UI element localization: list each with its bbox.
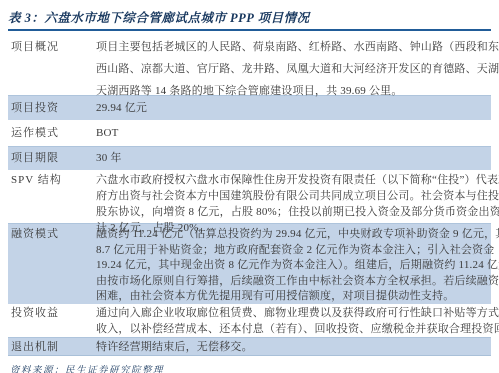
content-line: 股东协议，向增资 8 亿元，占股 80%；住投以前期已投入资金及部分货币资金出资… — [96, 204, 499, 220]
table-row-project-overview: 项目概况 项目主要包括老城区的人民路、荷泉南路、红桥路、水西南路、钟山路（西段和… — [8, 31, 491, 95]
data-source-note: 资料来源：民生证券研究院整理 — [8, 362, 491, 373]
content-line: 困难，由社会资本方优先提用现有可用授信额度，对项目提供动性支持。 — [96, 289, 499, 305]
content-line: 30 年 — [96, 147, 491, 170]
content-line: 六盘水市政府授权六盘水市保障性住房开发投资有限责任（以下简称“住投”）代表政 — [96, 172, 499, 188]
content-line: 通过向入廊企业收取廊位租赁费、廊物业理费以及获得政府可行性缺口补贴等方式取得 — [96, 305, 499, 321]
ppp-project-table: 项目概况 项目主要包括老城区的人民路、荷泉南路、红桥路、水西南路、钟山路（西段和… — [8, 31, 491, 356]
row-label: 退出机制 — [8, 338, 96, 356]
table-row-project-investment: 项目投资 29.94 亿元 — [8, 95, 491, 120]
row-content: 特许经营期结束后，无偿移交。 — [96, 338, 491, 356]
content-line: 29.94 亿元 — [96, 96, 491, 120]
content-line: 融资约 11.24 亿元（估算总投资约为 29.94 亿元，中央财政专项补助资金… — [96, 227, 499, 243]
content-line: 收入，以补偿经营成本、还本付息（若有）、回收投资、应缴税金并获取合理投资回报。 — [96, 321, 499, 337]
report-table-figure: 表 3：六盘水市地下综合管廊试点城市 PPP 项目情况 项目概况 项目主要包括老… — [0, 0, 499, 373]
table-title: 表 3：六盘水市地下综合管廊试点城市 PPP 项目情况 — [8, 10, 491, 26]
row-label: 投资收益 — [8, 305, 96, 321]
table-row-financing-mode: 融资模式 融资约 11.24 亿元（估算总投资约为 29.94 亿元，中央财政专… — [8, 223, 491, 304]
table-row-investment-returns: 投资收益 通过向入廊企业收取廊位租赁费、廊物业理费以及获得政府可行性缺口补贴等方… — [8, 304, 491, 337]
row-label: 项目投资 — [8, 96, 96, 120]
content-line: 19.24 亿元，其中现金出资 8 亿元作为资本金注入）。组建后，后期融资约 1… — [96, 258, 499, 274]
row-label: 项目概况 — [8, 36, 96, 58]
content-line: 项目主要包括老城区的人民路、荷泉南路、红桥路、水西南路、钟山路（西段和东段）、 — [96, 36, 499, 58]
content-line: 府方出资与社会资本方中国建筑股份有限公司共同成立项目公司。社会资本与住投签订 — [96, 188, 499, 204]
row-label: SPV 结构 — [8, 172, 96, 188]
row-content: 项目主要包括老城区的人民路、荷泉南路、红桥路、水西南路、钟山路（西段和东段）、 … — [96, 36, 499, 102]
row-content: 通过向入廊企业收取廊位租赁费、廊物业理费以及获得政府可行性缺口补贴等方式取得 收… — [96, 305, 499, 337]
content-line: 西山路、凉都大道、官厅路、龙井路、凤凰大道和大河经济开发区的育德路、天湖路、 — [96, 58, 499, 80]
content-line: 特许经营期结束后，无偿移交。 — [96, 338, 491, 356]
table-row-project-period: 项目期限 30 年 — [8, 146, 491, 170]
row-label: 融资模式 — [8, 227, 96, 243]
content-line: BOT — [96, 120, 491, 146]
table-row-exit-mechanism: 退出机制 特许经营期结束后，无偿移交。 — [8, 337, 491, 355]
row-content: 30 年 — [96, 147, 491, 170]
table-row-operation-mode: 运作模式 BOT — [8, 120, 491, 146]
row-content: BOT — [96, 120, 491, 146]
content-line: 8.7 亿元用于补贴资金；地方政府配套资金 2 亿元作为资本金注入；引入社会资金 — [96, 243, 499, 259]
row-content: 融资约 11.24 亿元（估算总投资约为 29.94 亿元，中央财政专项补助资金… — [96, 227, 499, 305]
row-label: 项目期限 — [8, 147, 96, 170]
content-line: 由按市场化原则自行筹措，后续融资工作由中标社会资本方全权承担。若后续融资出现 — [96, 274, 499, 290]
row-content: 29.94 亿元 — [96, 96, 491, 120]
row-label: 运作模式 — [8, 120, 96, 146]
table-row-spv-structure: SPV 结构 六盘水市政府授权六盘水市保障性住房开发投资有限责任（以下简称“住投… — [8, 170, 491, 223]
